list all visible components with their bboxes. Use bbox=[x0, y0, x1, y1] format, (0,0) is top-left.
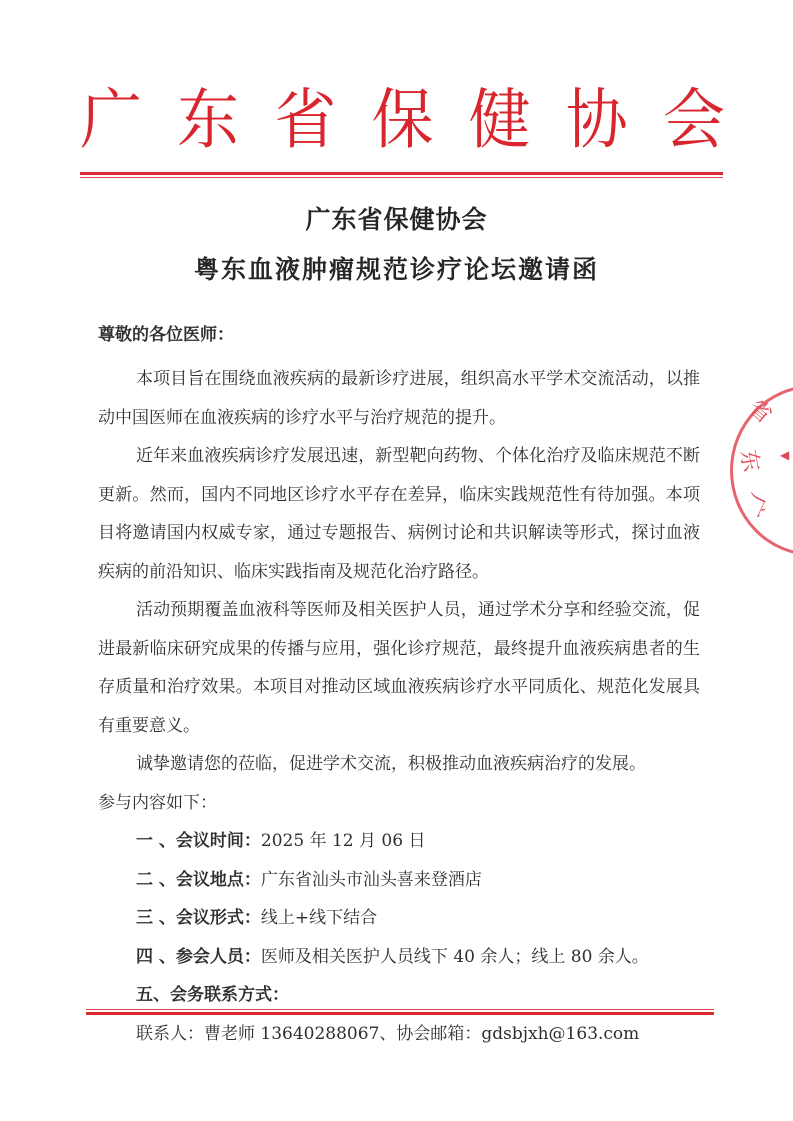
contact-info: 联系人：曹老师 13640288067、协会邮箱：gdsbjxh@163.com bbox=[98, 1015, 700, 1054]
seal-star-icon: ◀ bbox=[780, 448, 789, 462]
divider-thick-line bbox=[86, 1012, 714, 1015]
paragraph: 本项目旨在围绕血液疾病的最新诊疗进展，组织高水平学术交流活动，以推动中国医师在血… bbox=[98, 360, 700, 437]
detail-item-location: 二 、会议地点：广东省汕头市汕头喜来登酒店 bbox=[98, 861, 700, 900]
item-label: 一 、会议时间： bbox=[136, 831, 261, 851]
letter-body: 尊敬的各位医师： 本项目旨在围绕血液疾病的最新诊疗进展，组织高水平学术交流活动，… bbox=[98, 320, 700, 1053]
letterhead-char: 东 bbox=[177, 78, 239, 162]
item-value: 线上+线下结合 bbox=[261, 908, 377, 928]
divider-thin-line bbox=[86, 1009, 714, 1010]
divider-thin-line bbox=[80, 177, 723, 178]
item-value: 广东省汕头市汕头喜来登酒店 bbox=[261, 870, 482, 890]
salutation: 尊敬的各位医师： bbox=[98, 320, 700, 350]
item-label: 二 、会议地点： bbox=[136, 870, 261, 890]
letterhead-char: 保 bbox=[371, 78, 433, 162]
paragraph: 近年来血液疾病诊疗发展迅速，新型靶向药物、个体化治疗及临床规范不断更新。然而，国… bbox=[98, 437, 700, 591]
item-value: 医师及相关医护人员线下 40 余人；线上 80 余人。 bbox=[261, 947, 649, 967]
detail-item-attendees: 四 、参会人员：医师及相关医护人员线下 40 余人；线上 80 余人。 bbox=[98, 938, 700, 977]
letterhead-char: 会 bbox=[663, 78, 725, 162]
intro-line: 参与内容如下： bbox=[98, 784, 700, 823]
detail-item-time: 一 、会议时间：2025 年 12 月 06 日 bbox=[98, 822, 700, 861]
header-divider bbox=[80, 172, 723, 178]
document-title-line-1: 广东省保健协会 bbox=[0, 200, 793, 236]
item-label: 四 、参会人员： bbox=[136, 947, 261, 967]
paragraph: 诚挚邀请您的莅临，促进学术交流，积极推动血液疾病治疗的发展。 bbox=[98, 745, 700, 784]
document-title-line-2: 粤东血液肿瘤规范诊疗论坛邀请函 bbox=[0, 250, 793, 286]
item-label: 三 、会议形式： bbox=[136, 908, 261, 928]
letterhead-char: 健 bbox=[469, 78, 531, 162]
letterhead-char: 广 bbox=[80, 78, 142, 162]
detail-item-format: 三 、会议形式：线上+线下结合 bbox=[98, 899, 700, 938]
letterhead: 广 东 省 保 健 协 会 bbox=[80, 80, 725, 160]
item-label: 五、会务联系方式： bbox=[136, 985, 289, 1005]
item-value: 2025 年 12 月 06 日 bbox=[261, 831, 426, 851]
footer-divider bbox=[86, 1009, 714, 1015]
letterhead-char: 省 bbox=[274, 78, 336, 162]
paragraph: 活动预期覆盖血液科等医师及相关医护人员，通过学术分享和经验交流，促进最新临床研究… bbox=[98, 591, 700, 745]
divider-thick-line bbox=[80, 172, 723, 175]
letterhead-char: 协 bbox=[566, 78, 628, 162]
